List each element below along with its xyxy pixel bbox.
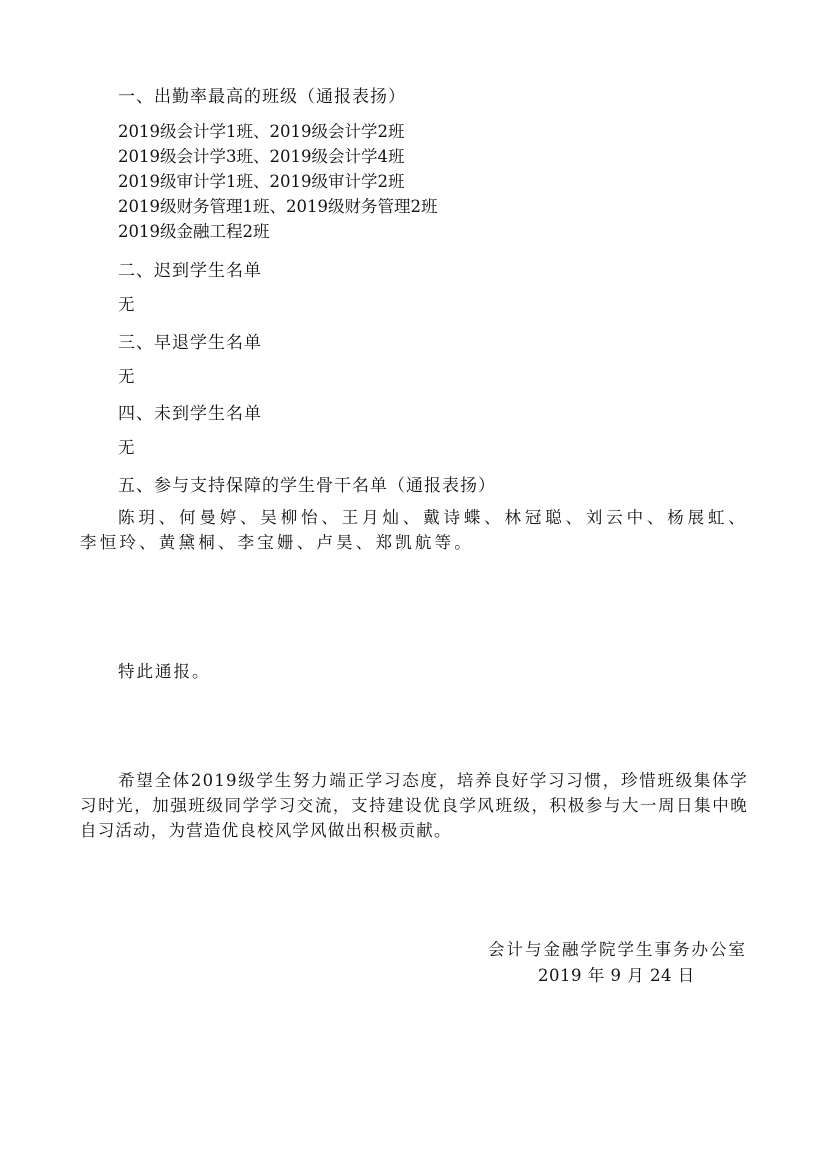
class-list-line: 2019级金融工程2班 — [118, 218, 270, 242]
section-5-content: 陈玥、何曼婷、吴柳怡、王月灿、戴诗蝶、林冠聪、刘云中、杨展虹、李恒玲、黄黛桐、李… — [80, 505, 748, 555]
section-1-heading: 一、出勤率最高的班级（通报表扬） — [118, 82, 406, 107]
section-2-content: 无 — [118, 291, 135, 315]
section-2-heading: 二、迟到学生名单 — [118, 256, 262, 281]
class-list-line: 2019级审计学1班、2019级审计学2班 — [118, 168, 404, 192]
class-list-line: 2019级会计学3班、2019级会计学4班 — [118, 143, 404, 167]
section-4-heading: 四、未到学生名单 — [118, 399, 262, 424]
section-4-content: 无 — [118, 434, 135, 458]
section-3-heading: 三、早退学生名单 — [118, 328, 262, 353]
signature-office: 会计与金融学院学生事务办公室 — [488, 936, 747, 960]
closing-paragraph: 希望全体2019级学生努力端正学习态度，培养良好学习习惯，珍惜班级集体学习时光，… — [80, 768, 748, 843]
signature-date: 2019 年 9 月 24 日 — [538, 962, 695, 986]
section-5-heading: 五、参与支持保障的学生骨干名单（通报表扬） — [118, 471, 496, 496]
document-page: 一、出勤率最高的班级（通报表扬） 2019级会计学1班、2019级会计学2班 2… — [0, 0, 827, 1169]
class-list-line: 2019级会计学1班、2019级会计学2班 — [118, 118, 404, 142]
class-list-line: 2019级财务管理1班、2019级财务管理2班 — [118, 193, 437, 217]
section-3-content: 无 — [118, 363, 135, 387]
notice-text: 特此通报。 — [118, 658, 211, 682]
